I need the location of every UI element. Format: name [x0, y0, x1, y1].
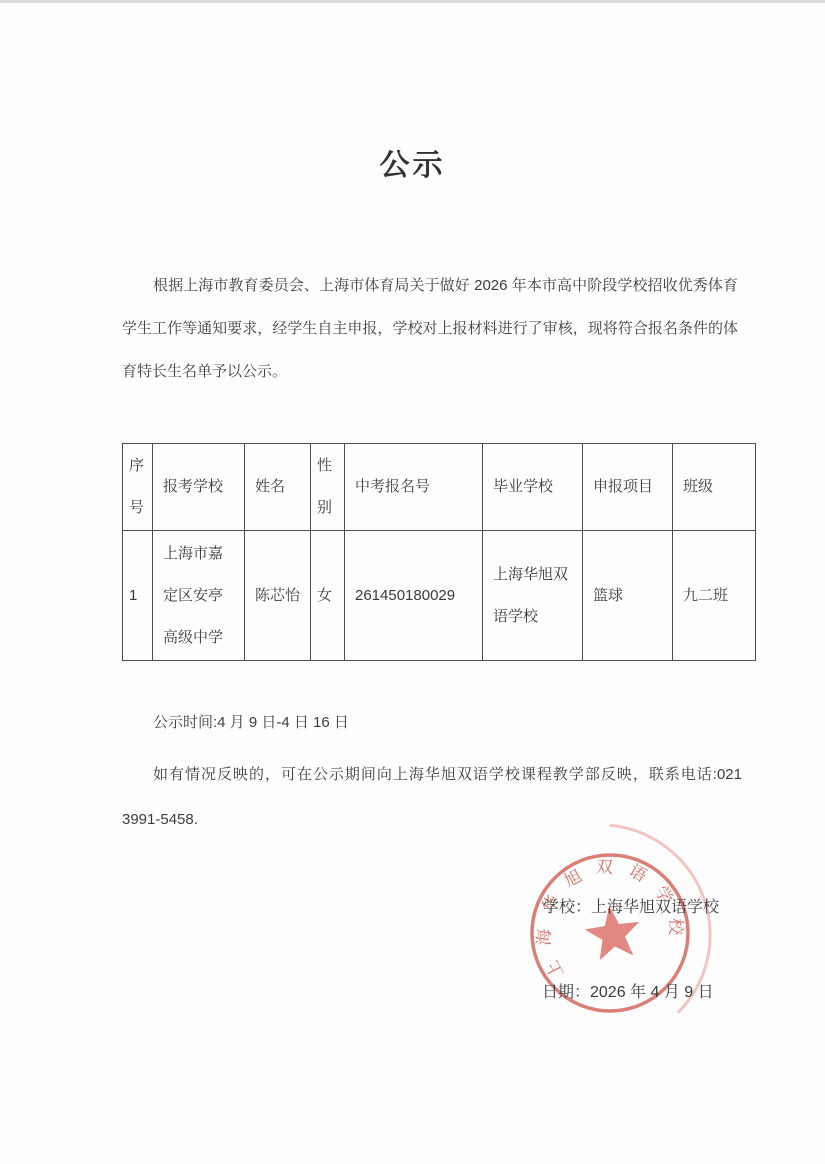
header-cell-class: 班级	[673, 444, 756, 531]
school-signature: 学校：上海华旭双语学校	[543, 896, 719, 920]
header-cell-target-school: 报考学校	[153, 444, 245, 531]
cell-gender: 女	[311, 531, 345, 661]
cell-sport: 篮球	[583, 531, 673, 661]
applicants-table: 序号 报考学校 姓名 性别 中考报名号 毕业学校 申报项目 班级 1 上海市嘉定…	[122, 443, 756, 661]
table-header-row: 序号 报考学校 姓名 性别 中考报名号 毕业学校 申报项目 班级	[123, 444, 756, 531]
header-cell-index: 序号	[123, 444, 153, 531]
document-page: 公示 根据上海市教育委员会、上海市体育局关于做好 2026 年本市高中阶段学校招…	[0, 0, 825, 1164]
header-cell-sport: 申报项目	[583, 444, 673, 531]
cell-graduating-school: 上海华旭双语学校	[483, 531, 583, 661]
header-cell-name: 姓名	[245, 444, 311, 531]
publicity-period: 公示时间:4 月 9 日-4 日 16 日	[122, 701, 742, 744]
date-signature: 日期：2026 年 4 月 9 日	[542, 981, 714, 1005]
page-title: 公示	[0, 140, 825, 184]
cell-name: 陈芯怡	[245, 531, 311, 661]
header-cell-graduating-school: 毕业学校	[483, 444, 583, 531]
cell-exam-id: 261450180029	[345, 531, 483, 661]
table-row: 1 上海市嘉定区安亭高级中学 陈芯怡 女 261450180029 上海华旭双语…	[123, 531, 756, 661]
cell-target-school: 上海市嘉定区安亭高级中学	[153, 531, 245, 661]
header-cell-exam-id: 中考报名号	[345, 444, 483, 531]
cell-class: 九二班	[673, 531, 756, 661]
intro-paragraph: 根据上海市教育委员会、上海市体育局关于做好 2026 年本市高中阶段学校招收优秀…	[122, 264, 738, 393]
cell-index: 1	[123, 531, 153, 661]
header-cell-gender: 性别	[311, 444, 345, 531]
